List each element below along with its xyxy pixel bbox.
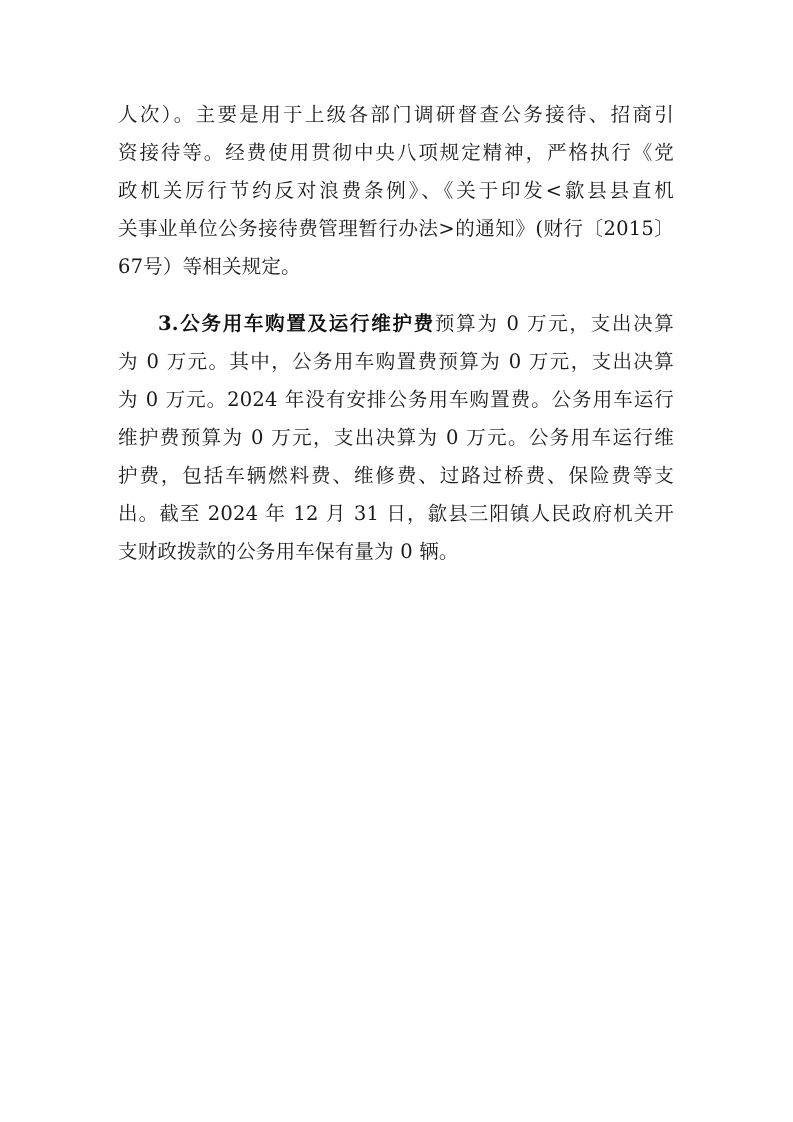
text-line: 关事业单位公务接待费管理暂行办法>的通知》(财行〔2015〕 bbox=[118, 214, 674, 244]
text-line: 人次）。主要是用于上级各部门调研督查公务接待、招商引 bbox=[118, 100, 674, 130]
text-line: 资接待等。经费使用贯彻中央八项规定精神，严格执行《党 bbox=[118, 138, 674, 168]
text-line: 67号）等相关规定。 bbox=[118, 252, 674, 282]
text-line: 出。截至 2024 年 12 月 31 日，歙县三阳镇人民政府机关开 bbox=[118, 499, 674, 529]
document-page: 人次）。主要是用于上级各部门调研督查公务接待、招商引 资接待等。经费使用贯彻中央… bbox=[0, 0, 793, 1122]
text-line: 政机关厉行节约反对浪费条例》、《关于印发<歙县县直机 bbox=[118, 176, 674, 206]
text-line: 为 0 万元。其中，公务用车购置费预算为 0 万元，支出决算 bbox=[118, 347, 674, 377]
section-heading: 3.公务用车购置及运行维护费 bbox=[158, 312, 435, 335]
text-fragment: 预算为 0 万元，支出决算 bbox=[435, 312, 674, 335]
text-line: 为 0 万元。2024 年没有安排公务用车购置费。公务用车运行 bbox=[118, 385, 674, 415]
text-line: 维护费预算为 0 万元，支出决算为 0 万元。公务用车运行维 bbox=[118, 423, 674, 453]
text-line: 护费，包括车辆燃料费、维修费、过路过桥费、保险费等支 bbox=[118, 461, 674, 491]
text-line: 支财政拨款的公务用车保有量为 0 辆。 bbox=[118, 537, 674, 567]
text-line-with-heading: 3.公务用车购置及运行维护费预算为 0 万元，支出决算 bbox=[158, 309, 674, 339]
